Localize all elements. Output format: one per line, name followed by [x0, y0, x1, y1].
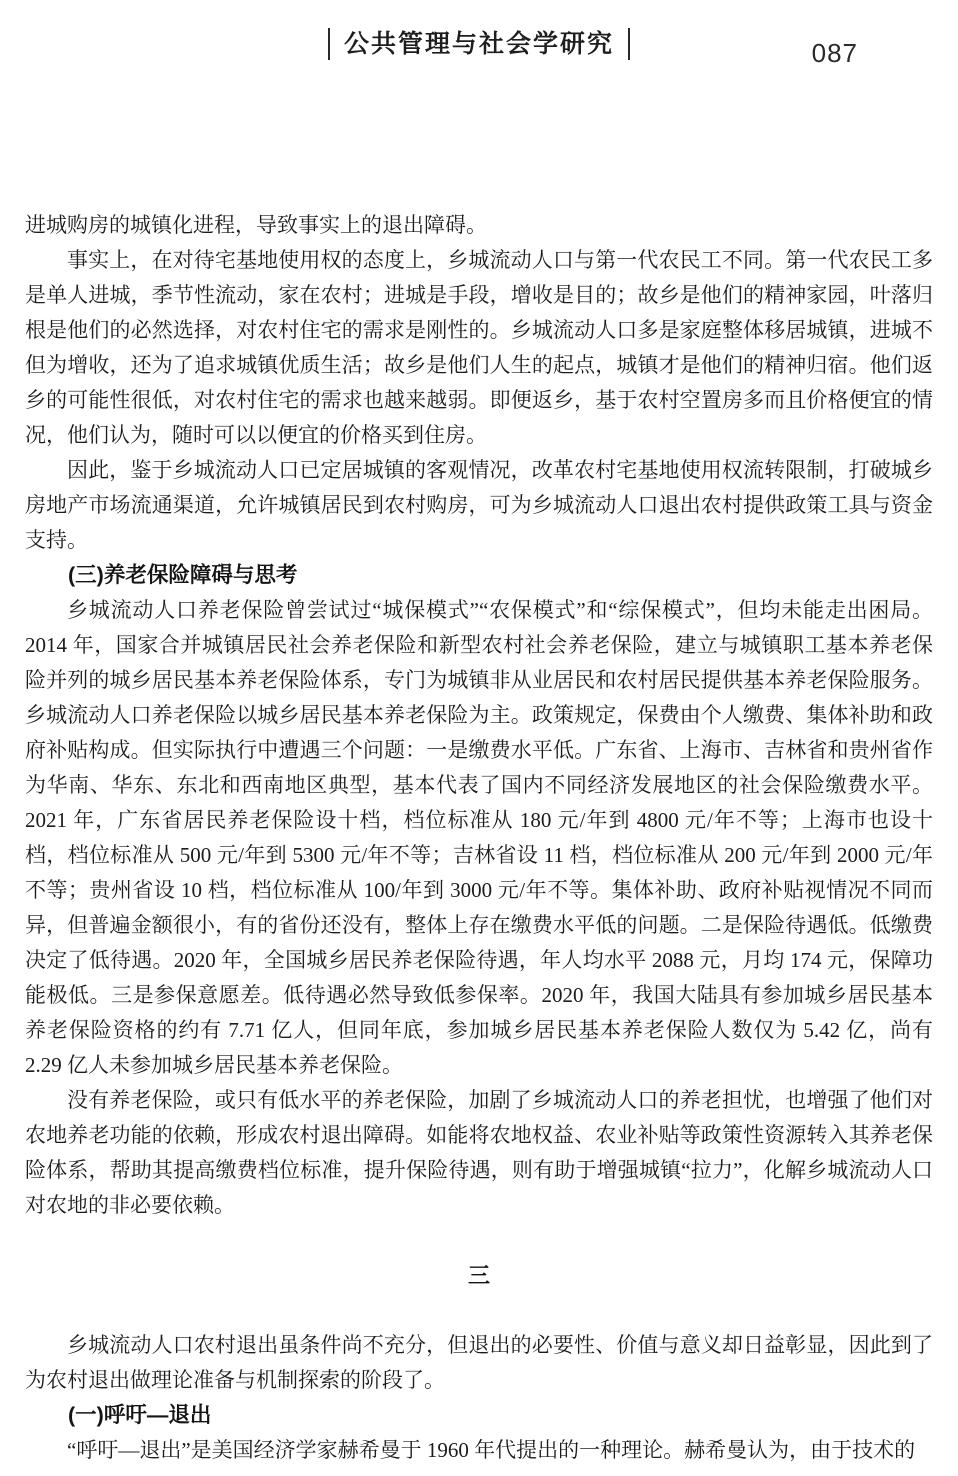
subsection-heading-voice-exit: (一)呼吁—退出 [25, 1398, 933, 1433]
section-heading-three: 三 [25, 1258, 933, 1293]
page-number: 087 [812, 38, 858, 69]
subsection-heading-pension: (三)养老保险障碍与思考 [25, 558, 933, 593]
paragraph: 乡城流动人口养老保险曾尝试过“城保模式”“农保模式”和“综保模式”，但均未能走出… [25, 593, 933, 1083]
document-page: 公共管理与社会学研究 087 进城购房的城镇化进程，导致事实上的退出障碍。 事实… [0, 0, 958, 1476]
paragraph: “呼吁—退出”是美国经济学家赫希曼于 1960 年代提出的一种理论。赫希曼认为，… [25, 1433, 933, 1468]
paragraph: 因此，鉴于乡城流动人口已定居城镇的客观情况，改革农村宅基地使用权流转限制，打破城… [25, 453, 933, 558]
journal-title: 公共管理与社会学研究 [328, 28, 630, 60]
paragraph: 事实上，在对待宅基地使用权的态度上，乡城流动人口与第一代农民工不同。第一代农民工… [25, 243, 933, 453]
paragraph: 乡城流动人口农村退出虽条件尚不充分，但退出的必要性、价值与意义却日益彰显，因此到… [25, 1328, 933, 1398]
paragraph: 没有养老保险，或只有低水平的养老保险，加剧了乡城流动人口的养老担忧，也增强了他们… [25, 1083, 933, 1223]
paragraph-continuation: 进城购房的城镇化进程，导致事实上的退出障碍。 [25, 208, 933, 243]
page-body: 进城购房的城镇化进程，导致事实上的退出障碍。 事实上，在对待宅基地使用权的态度上… [25, 208, 933, 1468]
